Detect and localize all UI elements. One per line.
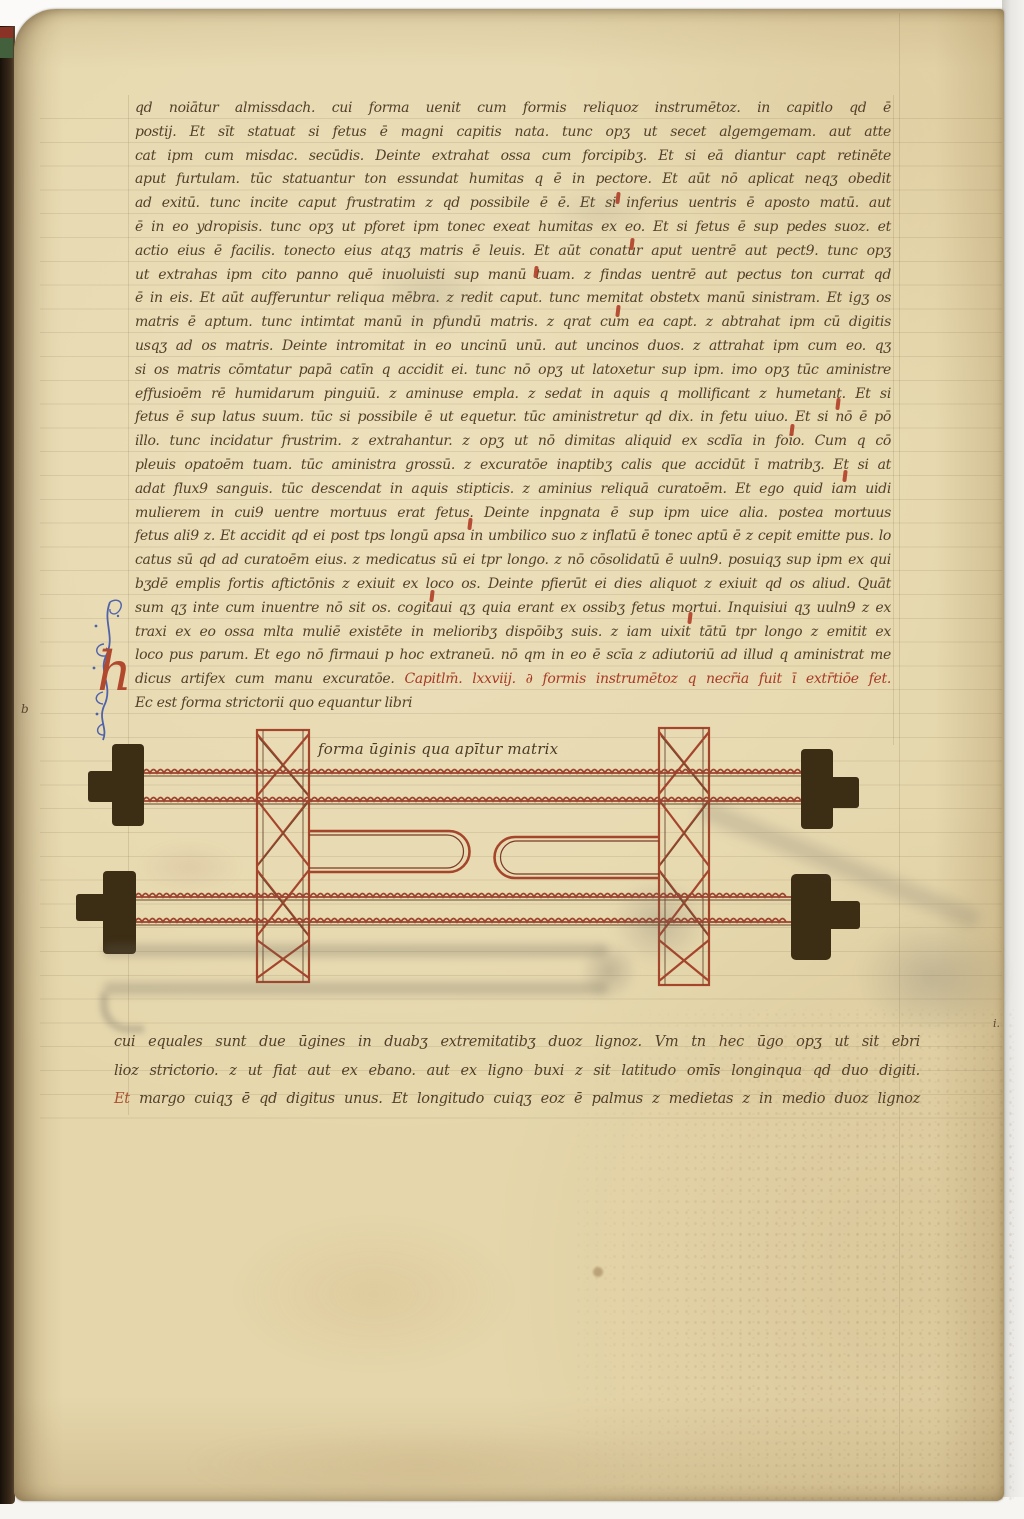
rubric-prefix: dicus artifex cum manu excuratōe. [135,671,404,687]
lattice-post-left [257,730,309,982]
serrated-bar-bottom [135,894,792,926]
text-line: ē in eo ydropisis. tunc opʒ ut pforet ip… [135,216,891,240]
text-line: sum qʒ inte cum inuentre nō sit os. cogi… [135,597,891,621]
text-line: pleuis opatoēm tuam. tūc aministra gross… [135,454,891,478]
bottom-text-block: cui equales sunt due ūgines in duabʒ ext… [114,1028,920,1114]
rubricated-initial: Et [114,1091,130,1107]
text-line: fetus ali9 z. Et accidit qd ei post tps … [135,525,891,549]
text-line: fetus ē sup latus suum. tūc si possibile… [135,406,891,430]
decorated-initial: h [97,645,132,699]
headband-green [0,38,13,58]
text-line: cui equales sunt due ūgines in duabʒ ext… [114,1028,920,1057]
parchment-spot [593,1267,603,1277]
instrument-diagram [0,700,1024,1045]
text-line: bʒdē emplis fortis aftictōnis z exiuit e… [135,573,891,597]
text-line: actio eius ē facilis. tonecto eius atqʒ … [135,240,891,264]
parchment-stain [234,1219,514,1369]
parchment-stain [184,1429,654,1499]
chapter-rubric: Capitlm̄. lxxviij. ∂ formis instrumētoz … [404,671,891,687]
cross-end-top-right [801,749,859,829]
text-line: qd noiātur almissdach. cui forma uenit c… [135,97,891,121]
text-line: effusioēm rē humidarum pinguiū. z aminus… [135,383,891,407]
text-line: adat flux9 sanguis. tūc descendat in aqu… [135,478,891,502]
text-line: mulierem in cui9 uentre mortuus erat fet… [135,502,891,526]
text-line-rest: margo cuiqʒ ē qd digitus unus. Et longit… [130,1091,920,1107]
rubric-line: dicus artifex cum manu excuratōe. Capitl… [135,668,891,692]
text-line: ē in eis. Et aūt aufferuntur reliqua mēb… [135,287,891,311]
text-line: illo. tunc incidatur frustrim. z extraha… [135,430,891,454]
text-line: lioz strictorio. z ut fiat aut ex ebano.… [114,1057,920,1086]
text-line: postij. Et sīt statuat si fetus ē magni … [135,121,891,145]
text-line: Et margo cuiqʒ ē qd digitus unus. Et lon… [114,1085,920,1114]
cross-end-top-left [88,744,144,826]
text-line: si os matris cōmtatur papā catīn q accid… [135,359,891,383]
text-line: matris ē aptum. tunc intimtat manū in pf… [135,311,891,335]
manuscript-photo: { "manuscript": { "main_text": { "lines"… [0,0,1024,1519]
loop-left [309,831,470,872]
cross-end-bottom-left [76,871,136,954]
main-text-block: qd noiātur almissdach. cui forma uenit c… [135,97,891,716]
loop-right [495,837,659,878]
lattice-post-right [659,728,709,985]
ruling-vertical-right [893,95,894,745]
text-line: loco pus parum. Et ego nō firmaui p hoc … [135,644,891,668]
text-line: ut extrahas ipm cito panno quē inuoluist… [135,264,891,288]
text-line: ad exitū. tunc incite caput frustratim z… [135,192,891,216]
text-line: catus sū qd ad curatoēm eius. z medicatu… [135,549,891,573]
text-line: cat ipm cum misdac. secūdis. Deinte extr… [135,145,891,169]
text-line: aput furtulam. tūc statuantur ton essund… [135,168,891,192]
cross-end-bottom-right [791,874,860,960]
text-line: traxi ex eo ossa mlta muliē existēte in … [135,621,891,645]
text-line: usqʒ ad os matris. Deinte intromitat in … [135,335,891,359]
